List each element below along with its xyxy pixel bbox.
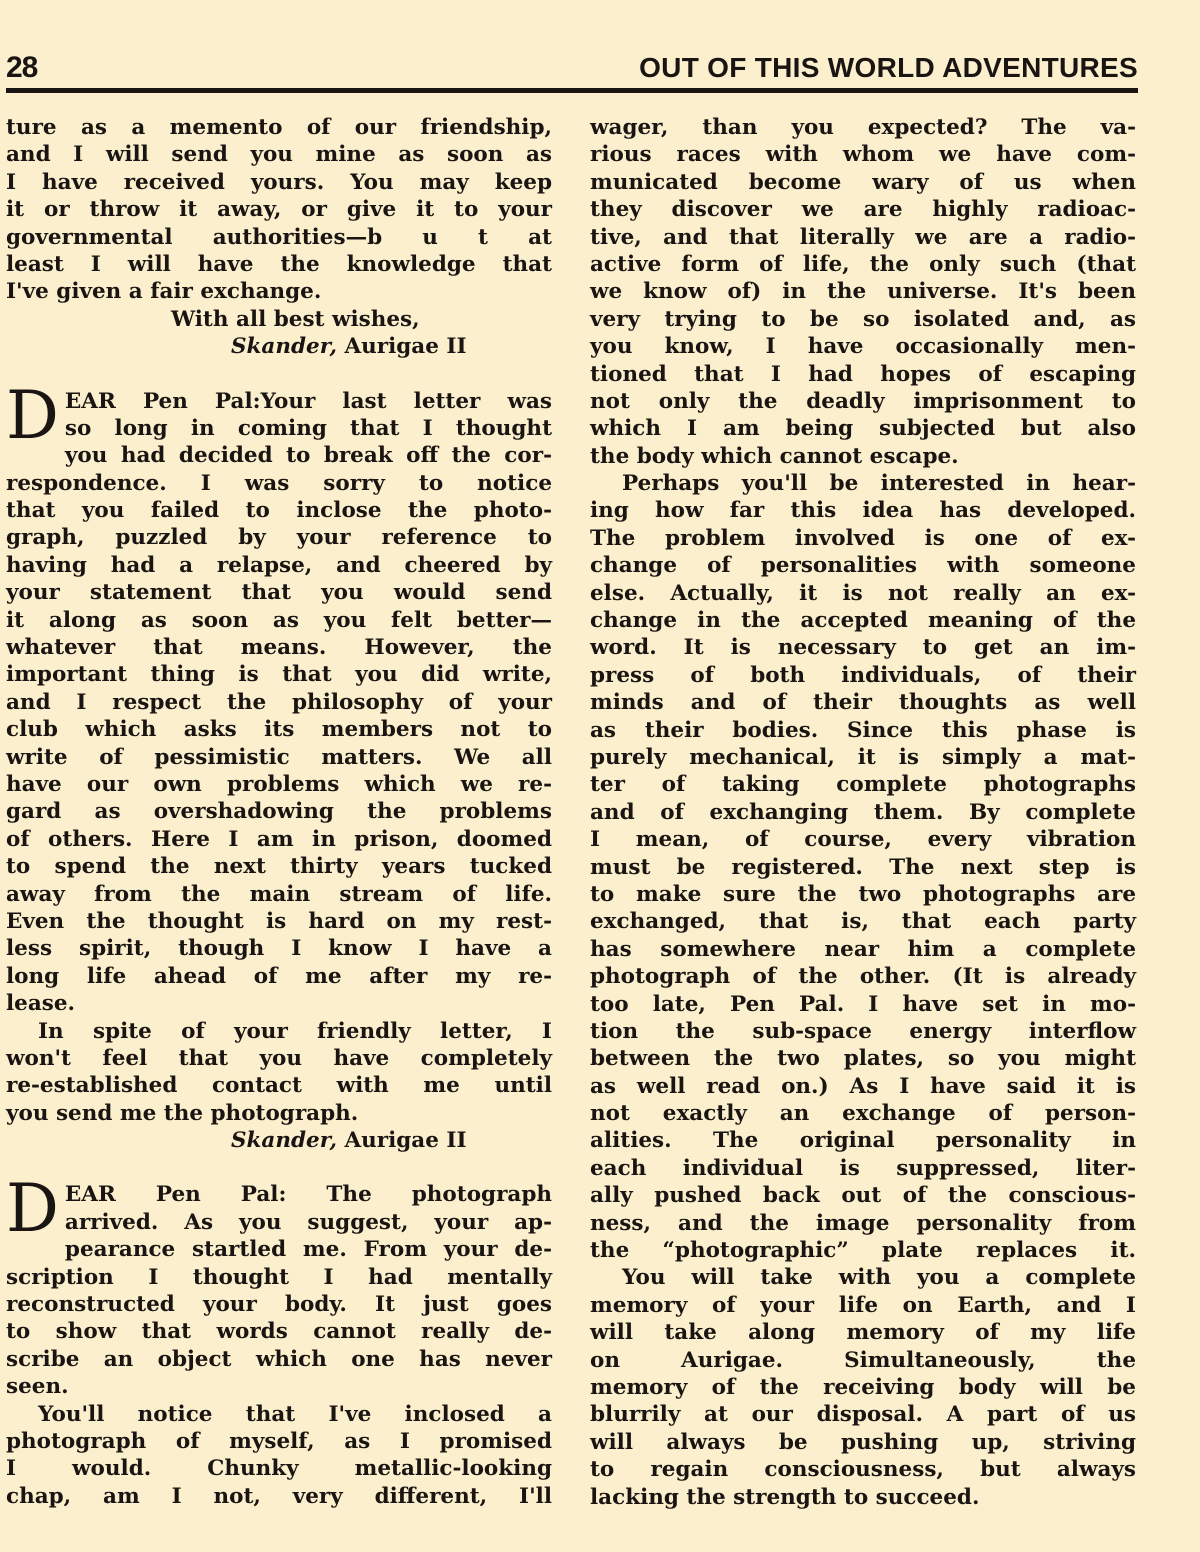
text-line: as well read on.) As I have said it is	[590, 1073, 1136, 1100]
text-line: and of exchanging them. By complete	[590, 799, 1136, 826]
left-column: ture as a memento of our friendship, and…	[6, 114, 552, 1510]
text-line: and I will send you mine as soon as	[6, 141, 552, 168]
text-line: active form of life, the only such (that	[590, 251, 1136, 278]
text-line: won't feel that you have completely	[6, 1045, 552, 1072]
text-line: You'll notice that I've inclosed a	[6, 1401, 552, 1428]
text-line: EAR Pen Pal:Your last letter was	[6, 388, 552, 415]
text-line: alities. The original personality in	[590, 1127, 1136, 1154]
text-line: The problem involved is one of ex-	[590, 525, 1136, 552]
text-line: your statement that you would send	[6, 579, 552, 606]
text-line: arrived. As you suggest, your ap-	[6, 1209, 552, 1236]
text-line: I have received yours. You may keep	[6, 169, 552, 196]
text-line: important thing is that you did write,	[6, 661, 552, 688]
page-header: 28 OUT OF THIS WORLD ADVENTURES	[6, 48, 1138, 92]
text-line: between the two plates, so you might	[590, 1045, 1136, 1072]
text-line: having had a relapse, and cheered by	[6, 552, 552, 579]
text-line: graph, puzzled by your reference to	[6, 524, 552, 551]
spacer	[6, 1154, 552, 1181]
text-line: governmental authorities—b u t at	[6, 224, 552, 251]
text-line: and I respect the philosophy of your	[6, 689, 552, 716]
text-line: you send me the photograph.	[6, 1100, 552, 1127]
text-line: on Aurigae. Simultaneously, the	[590, 1347, 1136, 1374]
text-line: each individual is suppressed, liter-	[590, 1155, 1136, 1182]
text-line: ing how far this idea has developed.	[590, 497, 1136, 524]
text-line: to make sure the two photographs are	[590, 881, 1136, 908]
text-line: I've given a fair exchange.	[6, 278, 552, 305]
text-line: not exactly an exchange of person-	[590, 1100, 1136, 1127]
text-line: to show that words cannot really de-	[6, 1318, 552, 1345]
text-line: change in the accepted meaning of the	[590, 607, 1136, 634]
text-line: chap, am I not, very different, I'll	[6, 1483, 552, 1510]
text-line: Even the thought is hard on my rest-	[6, 908, 552, 935]
right-column: wager, than you expected? The va- rious …	[590, 114, 1136, 1511]
text-line: memory of the receiving body will be	[590, 1374, 1136, 1401]
text-line: will always be pushing up, striving	[590, 1429, 1136, 1456]
letter-2: D EAR Pen Pal:Your last letter was so lo…	[6, 388, 552, 1155]
text-line: tion the sub-space energy interflow	[590, 1018, 1136, 1045]
text-line: ally pushed back out of the conscious-	[590, 1182, 1136, 1209]
signature-place: Aurigae II	[344, 334, 466, 359]
text-line: tive, and that literally we are a radio-	[590, 224, 1136, 251]
text-line: very trying to be so isolated and, as	[590, 306, 1136, 333]
text-line: photograph of myself, as I promised	[6, 1428, 552, 1455]
closing: With all best wishes,	[6, 306, 552, 333]
text-line: you know, I have occasionally men-	[590, 333, 1136, 360]
text-line: pearance startled me. From your de-	[6, 1236, 552, 1263]
text-line: lease.	[6, 990, 552, 1017]
text-line: press of both individuals, of their	[590, 662, 1136, 689]
running-title: OUT OF THIS WORLD ADVENTURES	[639, 48, 1138, 88]
signature-place: Aurigae II	[344, 1128, 466, 1153]
text-line: Perhaps you'll be interested in hear-	[590, 470, 1136, 497]
letter-continuation: ture as a memento of our friendship, and…	[6, 114, 552, 361]
text-line: blurrily at our disposal. A part of us	[590, 1401, 1136, 1428]
text-line: purely mechanical, it is simply a mat-	[590, 744, 1136, 771]
text-line: lacking the strength to succeed.	[590, 1484, 1136, 1511]
text-line: wager, than you expected? The va-	[590, 114, 1136, 141]
text-line: less spirit, though I know I have a	[6, 935, 552, 962]
text-line: reconstructed your body. It just goes	[6, 1291, 552, 1318]
text-line: long life ahead of me after my re-	[6, 963, 552, 990]
text-line: I would. Chunky metallic-looking	[6, 1455, 552, 1482]
text-line: must be registered. The next step is	[590, 854, 1136, 881]
text-line: rious races with whom we have com-	[590, 141, 1136, 168]
text-line: we know of) in the universe. It's been	[590, 278, 1136, 305]
text-line: respondence. I was sorry to notice	[6, 470, 552, 497]
text-line: they discover we are highly radioac-	[590, 196, 1136, 223]
text-line: In spite of your friendly letter, I	[6, 1018, 552, 1045]
letter-3: D EAR Pen Pal: The photograph arrived. A…	[6, 1181, 552, 1510]
text-line: so long in coming that I thought	[6, 415, 552, 442]
text-line: re-established contact with me until	[6, 1072, 552, 1099]
text-line: it or throw it away, or give it to your	[6, 196, 552, 223]
text-line: it along as soon as you felt better—	[6, 607, 552, 634]
text-line: the “photographic” plate replaces it.	[590, 1237, 1136, 1264]
text-line: which I am being subjected but also	[590, 415, 1136, 442]
text-line: to spend the next thirty years tucked	[6, 853, 552, 880]
text-line: have our own problems which we re-	[6, 771, 552, 798]
signature-name: Skander,	[231, 334, 337, 359]
page-number: 28	[6, 48, 37, 88]
text-line: club which asks its members not to	[6, 716, 552, 743]
paragraph: wager, than you expected? The va- rious …	[590, 114, 1136, 470]
text-line: seen.	[6, 1373, 552, 1400]
text-line: not only the deadly imprisonment to	[590, 388, 1136, 415]
drop-cap: D	[6, 390, 59, 444]
signature: Skander, Aurigae II	[6, 1127, 552, 1154]
text-line: scribe an object which one has never	[6, 1346, 552, 1373]
text-line: to regain consciousness, but always	[590, 1456, 1136, 1483]
text-line: gard as overshadowing the problems	[6, 798, 552, 825]
spacer	[6, 361, 552, 388]
text-line: as their bodies. Since this phase is	[590, 717, 1136, 744]
text-line: too late, Pen Pal. I have set in mo-	[590, 991, 1136, 1018]
text-line: change of personalities with someone	[590, 552, 1136, 579]
text-line: will take along memory of my life	[590, 1319, 1136, 1346]
text-line: scription I thought I had mentally	[6, 1264, 552, 1291]
drop-cap: D	[6, 1183, 59, 1237]
text-line: the body which cannot escape.	[590, 443, 1136, 470]
text-line: ture as a memento of our friendship,	[6, 114, 552, 141]
text-line: whatever that means. However, the	[6, 634, 552, 661]
text-line: memory of your life on Earth, and I	[590, 1292, 1136, 1319]
text-line: photograph of the other. (It is already	[590, 963, 1136, 990]
text-line: you had decided to break off the cor-	[6, 442, 552, 469]
text-line: least I will have the knowledge that	[6, 251, 552, 278]
text-line: municated become wary of us when	[590, 169, 1136, 196]
text-line: You will take with you a complete	[590, 1264, 1136, 1291]
text-line: word. It is necessary to get an im-	[590, 634, 1136, 661]
paragraph: You will take with you a complete memory…	[590, 1264, 1136, 1511]
text-line: EAR Pen Pal: The photograph	[6, 1181, 552, 1208]
header-rule	[6, 88, 1138, 93]
paragraph: Perhaps you'll be interested in hear- in…	[590, 470, 1136, 1264]
text-line: has somewhere near him a complete	[590, 936, 1136, 963]
signature: Skander, Aurigae II	[6, 333, 552, 360]
text-line: ness, and the image personality from	[590, 1210, 1136, 1237]
text-line: tioned that I had hopes of escaping	[590, 361, 1136, 388]
text-line: away from the main stream of life.	[6, 881, 552, 908]
signature-name: Skander,	[231, 1128, 337, 1153]
text-line: ter of taking complete photographs	[590, 771, 1136, 798]
text-line: of others. Here I am in prison, doomed	[6, 826, 552, 853]
text-line: I mean, of course, every vibration	[590, 826, 1136, 853]
text-line: that you failed to inclose the photo-	[6, 497, 552, 524]
text-line: exchanged, that is, that each party	[590, 908, 1136, 935]
text-line: minds and of their thoughts as well	[590, 689, 1136, 716]
text-line: else. Actually, it is not really an ex-	[590, 580, 1136, 607]
text-line: write of pessimistic matters. We all	[6, 744, 552, 771]
